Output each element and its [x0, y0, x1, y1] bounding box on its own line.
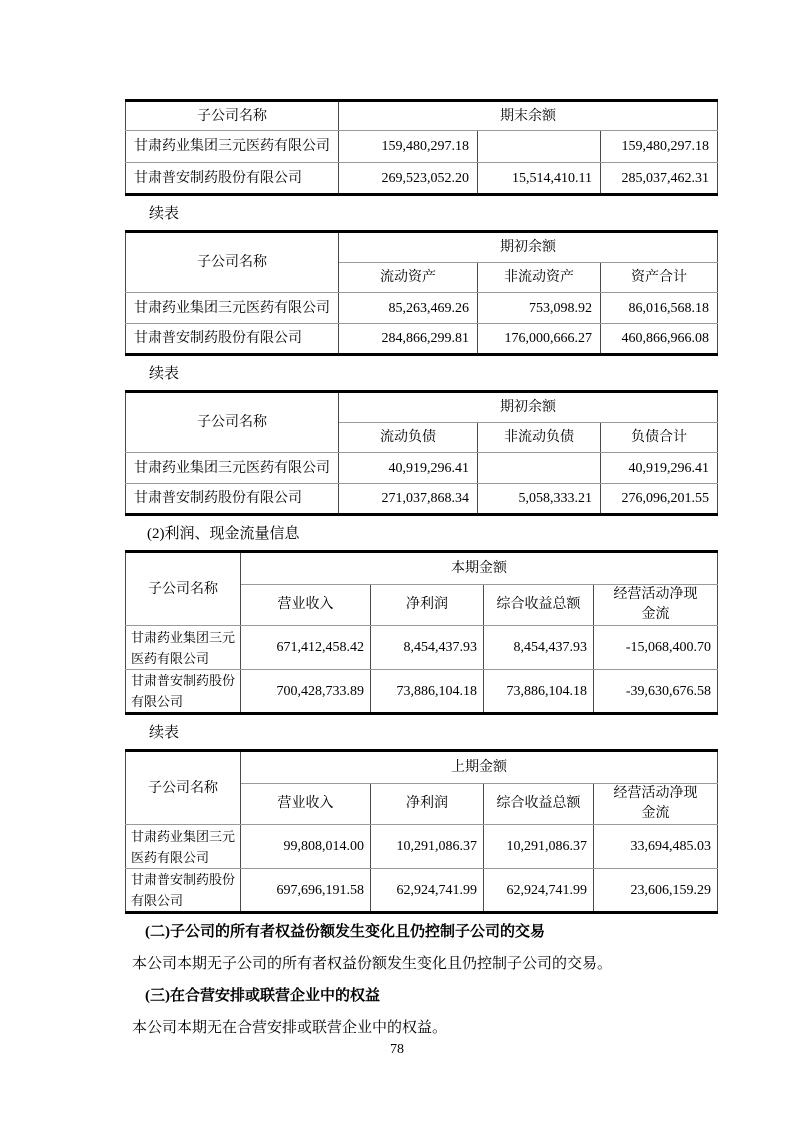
- continued-table-label: 续表: [149, 204, 717, 224]
- table-row: 甘肃药业集团三元 医药有限公司 671,412,458.42 8,454,437…: [126, 626, 718, 670]
- column-header-total-comprehensive-income: 综合收益总额: [484, 585, 594, 626]
- column-header-net-profit: 净利润: [371, 784, 484, 825]
- column-header-total-comprehensive-income: 综合收益总额: [484, 784, 594, 825]
- cell-value: -39,630,676.58: [594, 670, 718, 714]
- cell-company-name: 甘肃普安制药股份 有限公司: [126, 670, 241, 714]
- cell-value: 697,696,191.58: [241, 869, 371, 913]
- cell-company-name: 甘肃普安制药股份有限公司: [126, 163, 339, 195]
- header-prior-period: 上期金额: [241, 751, 718, 784]
- header-subsidiary-name: 子公司名称: [126, 751, 241, 825]
- cell-value: 62,924,741.99: [371, 869, 484, 913]
- cell-value: 40,919,296.41: [601, 453, 718, 484]
- paragraph-section-3: 本公司本期无在合营安排或联营企业中的权益。: [132, 1018, 717, 1039]
- cell-value: 285,037,462.31: [601, 163, 718, 195]
- header-opening-balance: 期初余额: [339, 232, 718, 263]
- cell-value: 73,886,104.18: [484, 670, 594, 714]
- cell-company-name: 甘肃普安制药股份有限公司: [126, 484, 339, 515]
- cell-company-name: 甘肃药业集团三元医药有限公司: [126, 293, 339, 324]
- column-header-total-assets: 资产合计: [601, 263, 718, 293]
- cell-value: 86,016,568.18: [601, 293, 718, 324]
- header-subsidiary-name: 子公司名称: [126, 101, 339, 131]
- header-subsidiary-name: 子公司名称: [126, 552, 241, 626]
- document-page: 子公司名称 期末余额 甘肃药业集团三元医药有限公司 159,480,297.18…: [0, 0, 794, 1122]
- table-current-period-amounts: 子公司名称 本期金额 营业收入 净利润 综合收益总额 经营活动净现 金流 甘肃药…: [125, 550, 718, 715]
- table-opening-balance-liabilities: 子公司名称 期初余额 流动负债 非流动负债 负债合计 甘肃药业集团三元医药有限公…: [125, 390, 718, 516]
- cell-company-name: 甘肃药业集团三元医药有限公司: [126, 131, 339, 163]
- cell-value: [478, 453, 601, 484]
- cell-value: [478, 131, 601, 163]
- cell-value: 276,096,201.55: [601, 484, 718, 515]
- table-closing-balance: 子公司名称 期末余额 甘肃药业集团三元医药有限公司 159,480,297.18…: [125, 99, 718, 196]
- cell-value: 23,606,159.29: [594, 869, 718, 913]
- cell-value: 15,514,410.11: [478, 163, 601, 195]
- header-opening-balance: 期初余额: [339, 392, 718, 423]
- cell-value: 269,523,052.20: [339, 163, 478, 195]
- cell-company-name: 甘肃普安制药股份有限公司: [126, 324, 339, 355]
- paragraph-section-2: 本公司本期无子公司的所有者权益份额发生变化且仍控制子公司的交易。: [132, 954, 717, 975]
- table-row: 甘肃普安制药股份有限公司 284,866,299.81 176,000,666.…: [126, 324, 718, 355]
- cell-value: 671,412,458.42: [241, 626, 371, 670]
- cell-value: 700,428,733.89: [241, 670, 371, 714]
- column-header-operating-cashflow: 经营活动净现 金流: [594, 784, 718, 825]
- column-header-noncurrent-liabilities: 非流动负债: [478, 423, 601, 453]
- cell-value: -15,068,400.70: [594, 626, 718, 670]
- continued-table-label: 续表: [149, 364, 717, 384]
- header-closing-balance: 期末余额: [339, 101, 718, 131]
- header-subsidiary-name: 子公司名称: [126, 232, 339, 293]
- cell-value: 99,808,014.00: [241, 825, 371, 869]
- table-row: 甘肃药业集团三元医药有限公司 40,919,296.41 40,919,296.…: [126, 453, 718, 484]
- table-row: 甘肃药业集团三元医药有限公司 85,263,469.26 753,098.92 …: [126, 293, 718, 324]
- table-prior-period-amounts: 子公司名称 上期金额 营业收入 净利润 综合收益总额 经营活动净现 金流 甘肃药…: [125, 749, 718, 914]
- column-header-operating-cashflow: 经营活动净现 金流: [594, 585, 718, 626]
- cell-company-name: 甘肃药业集团三元 医药有限公司: [126, 825, 241, 869]
- cell-value: 271,037,868.34: [339, 484, 478, 515]
- cell-value: 73,886,104.18: [371, 670, 484, 714]
- table-row: 甘肃普安制药股份有限公司 271,037,868.34 5,058,333.21…: [126, 484, 718, 515]
- cell-value: 460,866,966.08: [601, 324, 718, 355]
- column-header-total-liabilities: 负债合计: [601, 423, 718, 453]
- table-row: 甘肃普安制药股份有限公司 269,523,052.20 15,514,410.1…: [126, 163, 718, 195]
- table-row: 甘肃普安制药股份 有限公司 700,428,733.89 73,886,104.…: [126, 670, 718, 714]
- cell-value: 176,000,666.27: [478, 324, 601, 355]
- column-header-noncurrent-assets: 非流动资产: [478, 263, 601, 293]
- column-header-revenue: 营业收入: [241, 585, 371, 626]
- cell-value: 284,866,299.81: [339, 324, 478, 355]
- cell-company-name: 甘肃药业集团三元医药有限公司: [126, 453, 339, 484]
- cell-value: 5,058,333.21: [478, 484, 601, 515]
- table-row: 甘肃普安制药股份 有限公司 697,696,191.58 62,924,741.…: [126, 869, 718, 913]
- cell-value: 753,098.92: [478, 293, 601, 324]
- cell-value: 159,480,297.18: [339, 131, 478, 163]
- cell-company-name: 甘肃普安制药股份 有限公司: [126, 869, 241, 913]
- cell-value: 159,480,297.18: [601, 131, 718, 163]
- cell-value: 85,263,469.26: [339, 293, 478, 324]
- continued-table-label: 续表: [149, 723, 717, 743]
- cell-value: 62,924,741.99: [484, 869, 594, 913]
- column-header-current-liabilities: 流动负债: [339, 423, 478, 453]
- column-header-revenue: 营业收入: [241, 784, 371, 825]
- page-number: 78: [0, 1042, 794, 1058]
- heading-section-3: (三)在合营安排或联营企业中的权益: [145, 986, 717, 1007]
- table-opening-balance-assets: 子公司名称 期初余额 流动资产 非流动资产 资产合计 甘肃药业集团三元医药有限公…: [125, 230, 718, 356]
- cell-value: 10,291,086.37: [371, 825, 484, 869]
- cell-company-name: 甘肃药业集团三元 医药有限公司: [126, 626, 241, 670]
- cell-value: 8,454,437.93: [484, 626, 594, 670]
- table-row: 甘肃药业集团三元医药有限公司 159,480,297.18 159,480,29…: [126, 131, 718, 163]
- header-current-period: 本期金额: [241, 552, 718, 585]
- header-subsidiary-name: 子公司名称: [126, 392, 339, 453]
- cell-value: 10,291,086.37: [484, 825, 594, 869]
- heading-section-2: (二)子公司的所有者权益份额发生变化且仍控制子公司的交易: [145, 922, 717, 943]
- cell-value: 8,454,437.93: [371, 626, 484, 670]
- section-label-profit-cashflow: (2)利润、现金流量信息: [147, 524, 717, 544]
- table-row: 甘肃药业集团三元 医药有限公司 99,808,014.00 10,291,086…: [126, 825, 718, 869]
- column-header-net-profit: 净利润: [371, 585, 484, 626]
- cell-value: 33,694,485.03: [594, 825, 718, 869]
- column-header-current-assets: 流动资产: [339, 263, 478, 293]
- cell-value: 40,919,296.41: [339, 453, 478, 484]
